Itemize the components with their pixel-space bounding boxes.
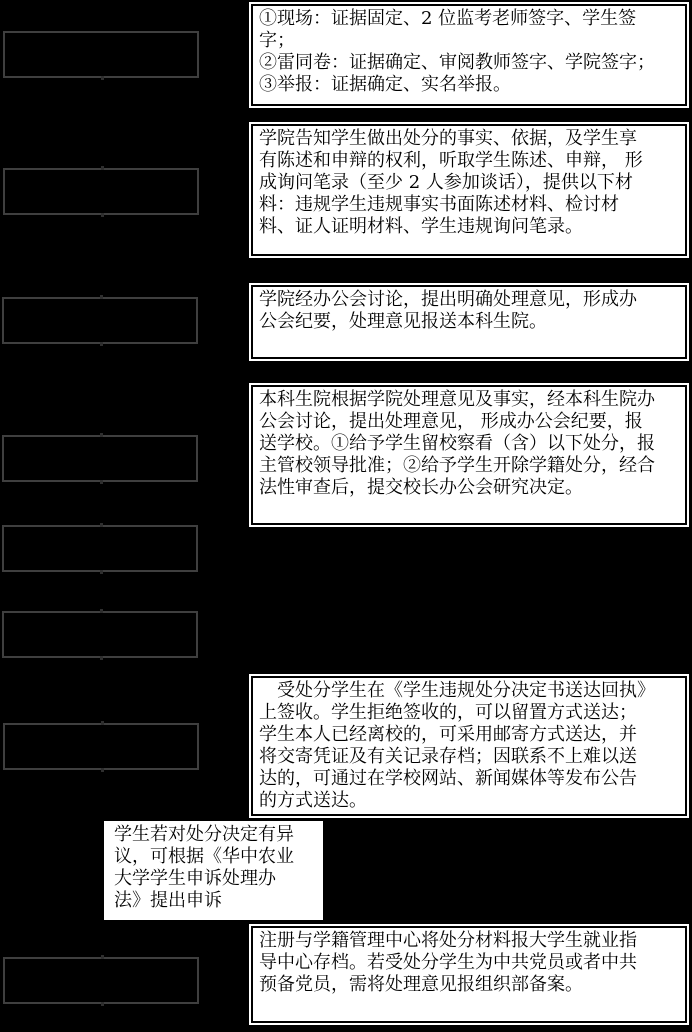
note-text: 注册与学籍管理中心将处分材料报大学生就业指 导中心存档。若受处分学生为中共党员或… <box>259 930 679 996</box>
note-box-college-meeting: 学院经办公会讨论，提出明确处理意见，形成办 公会纪要，处理意见报送本科生院。 <box>249 283 689 361</box>
flow-step-box-1 <box>3 31 199 78</box>
note-text: 本科生院根据学院处理意见及事实，经本科生院办 公会讨论，提出处理意见， 形成办公… <box>259 389 679 499</box>
note-text: 学院告知学生做出处分的事实、依据，及学生享 有陈述和申辩的权利，听取学生陈述、申… <box>259 128 679 238</box>
note-box-appeal: 学生若对处分决定有异 议，可根据《华中农业 大学学生申诉处理办 法》提出申诉 <box>104 821 323 920</box>
flow-step-box-4 <box>2 435 198 482</box>
note-box-frame: 学院经办公会讨论，提出明确处理意见，形成办 公会纪要，处理意见报送本科生院。 <box>251 285 687 359</box>
note-box-report-channels: ①现场：证据固定、2 位监考老师签字、学生签 字； ②雷同卷：证据确定、审阅教师… <box>249 2 689 108</box>
flow-step-box-5 <box>2 525 198 572</box>
note-text: ①现场：证据固定、2 位监考老师签字、学生签 字； ②雷同卷：证据确定、审阅教师… <box>259 8 679 96</box>
note-box-frame: ①现场：证据固定、2 位监考老师签字、学生签 字； ②雷同卷：证据确定、审阅教师… <box>251 4 687 106</box>
note-box-decision-delivery: 受处分学生在《学生违规处分决定书送达回执》 上签收。学生拒绝签收的，可以留置方式… <box>249 674 689 818</box>
note-box-frame: 注册与学籍管理中心将处分材料报大学生就业指 导中心存档。若受处分学生为中共党员或… <box>251 926 687 1023</box>
flow-step-box-7 <box>3 723 199 770</box>
note-box-frame: 本科生院根据学院处理意见及事实，经本科生院办 公会讨论，提出处理意见， 形成办公… <box>251 385 687 525</box>
note-text: 学生若对处分决定有异 议，可根据《华中农业 大学学生申诉处理办 法》提出申诉 <box>114 824 319 912</box>
note-text: 学院经办公会讨论，提出明确处理意见，形成办 公会纪要，处理意见报送本科生院。 <box>259 289 679 333</box>
flow-step-box-3 <box>2 297 198 344</box>
note-text: 受处分学生在《学生违规处分决定书送达回执》 上签收。学生拒绝签收的，可以留置方式… <box>259 680 679 812</box>
note-box-archive-filing: 注册与学籍管理中心将处分材料报大学生就业指 导中心存档。若受处分学生为中共党员或… <box>249 924 689 1025</box>
note-box-undergrad-office-decision: 本科生院根据学院处理意见及事实，经本科生院办 公会讨论，提出处理意见， 形成办公… <box>249 383 689 527</box>
note-box-frame: 学院告知学生做出处分的事实、依据，及学生享 有陈述和申辩的权利，听取学生陈述、申… <box>251 124 687 256</box>
flow-step-box-6 <box>2 611 198 658</box>
note-box-frame: 受处分学生在《学生违规处分决定书送达回执》 上签收。学生拒绝签收的，可以留置方式… <box>251 676 687 816</box>
flowchart-page: ①现场：证据固定、2 位监考老师签字、学生签 字； ②雷同卷：证据确定、审阅教师… <box>0 0 692 1032</box>
note-box-college-inquiry: 学院告知学生做出处分的事实、依据，及学生享 有陈述和申辩的权利，听取学生陈述、申… <box>249 122 689 258</box>
flow-step-box-8 <box>3 957 199 1004</box>
flow-step-box-2 <box>3 168 199 215</box>
